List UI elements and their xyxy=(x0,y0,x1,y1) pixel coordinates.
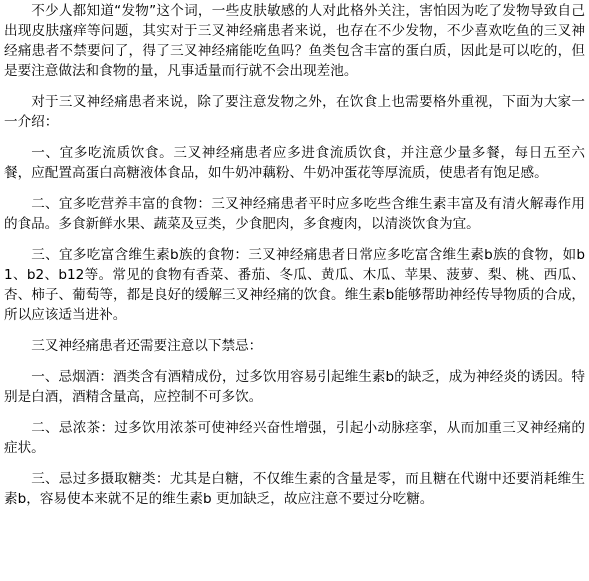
taboo-intro-paragraph: 三叉神经痛患者还需要注意以下禁忌： xyxy=(4,336,585,356)
diet-tip-1-paragraph: 一、宜多吃流质饮食。三叉神经痛患者应多进食流质饮食，并注意少量多餐，每日五至六餐… xyxy=(4,143,585,183)
diet-tip-2-paragraph: 二、宜多吃营养丰富的食物：三叉神经痛患者平时应多吃些含维生素丰富及有清火解毒作用… xyxy=(4,194,585,234)
taboo-1-paragraph: 一、忌烟酒：酒类含有酒精成份，过多饮用容易引起维生素b的缺乏，成为神经炎的诱因。… xyxy=(4,367,585,407)
article-body: 不少人都知道“发物”这个词，一些皮肤敏感的人对此格外关注，害怕因为吃了发物导致自… xyxy=(0,0,585,509)
intro-paragraph: 不少人都知道“发物”这个词，一些皮肤敏感的人对此格外关注，害怕因为吃了发物导致自… xyxy=(4,1,585,81)
taboo-3-paragraph: 三、忌过多摄取糖类：尤其是白糖，不仅维生素的含量是零，而且糖在代谢中还要消耗维生… xyxy=(4,469,585,509)
diet-intro-paragraph: 对于三叉神经痛患者来说，除了要注意发物之外，在饮食上也需要格外重视，下面为大家一… xyxy=(4,92,585,132)
diet-tip-3-paragraph: 三、宜多吃富含维生素b族的食物：三叉神经痛患者日常应多吃富含维生素b族的食物，如… xyxy=(4,245,585,325)
taboo-2-paragraph: 二、忌浓茶：过多饮用浓茶可使神经兴奋性增强，引起小动脉痉挛，从而加重三叉神经痛的… xyxy=(4,418,585,458)
